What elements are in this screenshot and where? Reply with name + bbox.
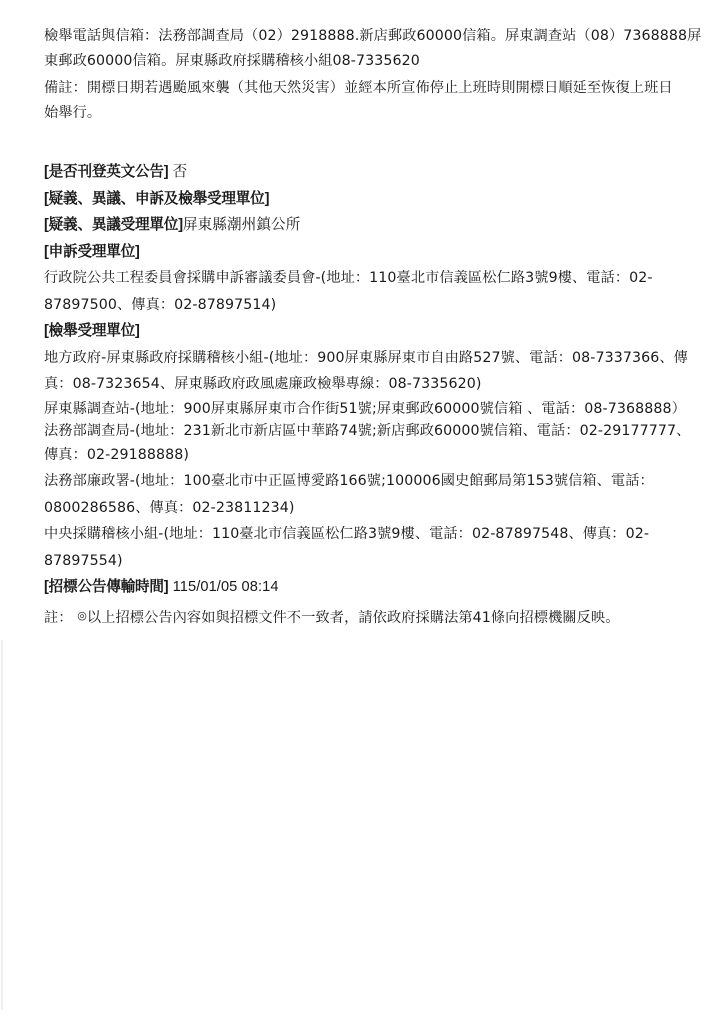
remark-line-1: 備註：開標日期若遇颱風來襲（其他天然災害）並經本所宣佈停止上班時則開標日順延至恢…	[44, 76, 664, 101]
central-audit-line-2: 87897554)	[44, 548, 664, 575]
transmission-time-value: 115/01/05 08:14	[168, 579, 278, 595]
circle-mark-icon: ◎	[77, 609, 87, 622]
footnote-text: 以上招標公告內容如與招標文件不一致者，請依政府採購法第41條向招標機關反映。	[87, 610, 620, 626]
english-notice-value: 否	[168, 164, 187, 180]
objection-unit-value: 屏東縣潮州鎮公所	[183, 217, 301, 233]
notice-details: [是否刊登英文公告] 否 [疑義、異議、申訴及檢舉受理單位] [疑義、異議受理單…	[44, 159, 664, 631]
transmission-time-row: [招標公告傳輸時間] 115/01/05 08:14	[44, 574, 664, 601]
english-notice-label: [是否刊登英文公告]	[44, 164, 168, 180]
report-units-heading: [檢舉受理單位]	[44, 323, 140, 339]
transmission-time-label: [招標公告傳輸時間]	[44, 579, 168, 595]
objection-unit-row: [疑義、異議受理單位]屏東縣潮州鎮公所	[44, 212, 664, 239]
investigation-bureau-line-2: 傳真：02-29188888)	[44, 442, 664, 469]
local-gov-audit-line-2: 真：08-7323654、屏東縣政府政風處廉政檢舉專線：08-7335620)	[44, 371, 664, 398]
footnote-prefix: 註：	[44, 610, 73, 626]
footnote-row: 註： ◎以上招標公告內容如與招標文件不一致者，請依政府採購法第41條向招標機關反…	[44, 603, 664, 632]
report-units-heading-row: [檢舉受理單位]	[44, 318, 664, 345]
investigation-bureau-line-1: 法務部調查局-(地址：231新北市新店區中華路74號;新店郵政60000號信箱、…	[44, 420, 664, 442]
intro-block: 檢舉電話與信箱：法務部調查局（02）2918888.新店郵政60000信箱。屏東…	[44, 24, 664, 125]
central-audit-line-1: 中央採購稽核小組-(地址：110臺北市信義區松仁路3號9樓、電話：02-8789…	[44, 521, 664, 548]
document-content: 檢舉電話與信箱：法務部調查局（02）2918888.新店郵政60000信箱。屏東…	[44, 24, 664, 631]
appeal-unit-heading: [申訴受理單位]	[44, 244, 140, 260]
objection-unit-label: [疑義、異議受理單位]	[44, 217, 183, 233]
anti-corruption-agency-line-2: 0800286586、傳真：02-23811234)	[44, 495, 664, 522]
pingtung-investigation-station: 屏東縣調查站-(地址：900屏東縣屏東市合作街51號;屏東郵政60000號信箱 …	[44, 398, 664, 420]
objection-units-heading-row: [疑義、異議、申訴及檢舉受理單位]	[44, 186, 664, 213]
appeal-unit-line-1: 行政院公共工程委員會採購申訴審議委員會-(地址：110臺北市信義區松仁路3號9樓…	[44, 265, 664, 292]
anti-corruption-agency-line-1: 法務部廉政署-(地址：100臺北市中正區博愛路166號;100006國史館郵局第…	[44, 468, 664, 495]
remark-line-2: 始舉行。	[44, 101, 664, 126]
whistleblower-contact-line-2: 東郵政60000信箱。屏東縣政府採購稽核小組08-7335620	[44, 49, 664, 74]
objection-units-heading: [疑義、異議、申訴及檢舉受理單位]	[44, 191, 269, 207]
scan-edge-shadow	[1, 640, 3, 1010]
appeal-unit-heading-row: [申訴受理單位]	[44, 239, 664, 266]
english-notice-row: [是否刊登英文公告] 否	[44, 159, 664, 186]
appeal-unit-line-2: 87897500、傳真：02-87897514)	[44, 292, 664, 319]
section-gap	[44, 125, 664, 159]
document-page: 檢舉電話與信箱：法務部調查局（02）2918888.新店郵政60000信箱。屏東…	[0, 0, 724, 1024]
whistleblower-contact-line-1: 檢舉電話與信箱：法務部調查局（02）2918888.新店郵政60000信箱。屏東…	[44, 24, 664, 49]
local-gov-audit-line-1: 地方政府-屏東縣政府採購稽核小組-(地址：900屏東縣屏東市自由路527號、電話…	[44, 345, 664, 372]
